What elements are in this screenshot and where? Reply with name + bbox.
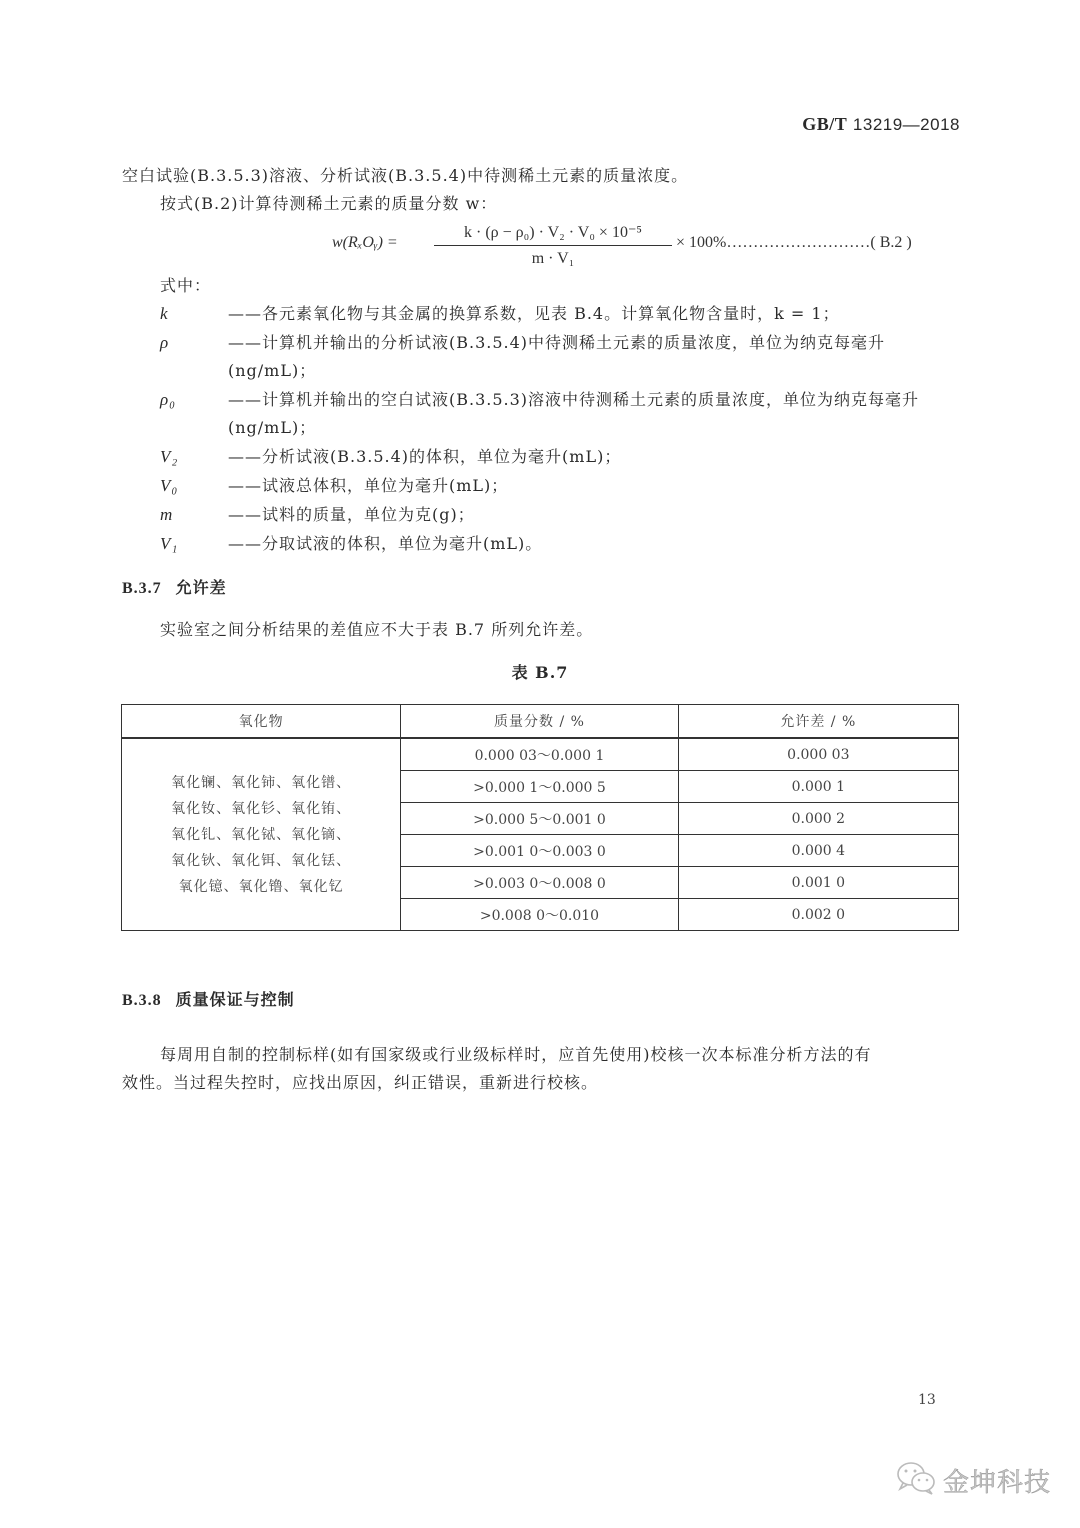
tolerance-cell: 0.000 2: [678, 803, 958, 835]
fraction-bar: [434, 245, 672, 246]
oxides-line: 氧化钬、氧化铒、氧化铥、: [122, 848, 400, 874]
wechat-icon: [895, 1460, 939, 1500]
variable-description-cont: (ng/mL)；: [228, 357, 316, 385]
section-b38-body-line-1: 每周用自制的控制标样(如有国家级或行业级标样时，应首先使用)校核一次本标准分析方…: [160, 1041, 872, 1069]
tolerance-cell: 0.000 4: [678, 835, 958, 867]
variable-description: ——试液总体积，单位为毫升(mL)；: [228, 472, 508, 500]
table-row: 氧化镧、氧化铈、氧化镨、 氧化钕、氧化钐、氧化铕、 氧化钆、氧化铽、氧化镝、 氧…: [122, 738, 959, 771]
header-tolerance: 允许差 / %: [678, 705, 958, 739]
variable-description: ——计算机并输出的空白试液(B.3.5.3)溶液中待测稀土元素的质量浓度，单位为…: [228, 386, 919, 414]
variable-symbol: V₁: [160, 530, 220, 558]
formula-fraction: k · (ρ − ρ₀) · V₂ · V₀ × 10⁻⁵ m · V₁: [434, 222, 672, 270]
variable-symbol: V₂: [160, 443, 220, 471]
page-number: 13: [918, 1392, 936, 1408]
formula-b2: w(RₓOᵧ) = k · (ρ − ρ₀) · V₂ · V₀ × 10⁻⁵ …: [332, 222, 962, 270]
section-title: 允许差: [176, 578, 227, 597]
section-b38-body-line-2: 效性。当过程失控时，应找出原因，纠正错误，重新进行校核。: [122, 1069, 598, 1097]
oxides-line: 氧化镱、氧化镥、氧化钇: [122, 874, 400, 900]
variable-description: ——分析试液(B.3.5.4)的体积，单位为毫升(mL)；: [228, 443, 621, 471]
oxides-cell: 氧化镧、氧化铈、氧化镨、 氧化钕、氧化钐、氧化铕、 氧化钆、氧化铽、氧化镝、 氧…: [122, 738, 401, 931]
formula-denominator: m · V₁: [434, 248, 672, 270]
section-title: 质量保证与控制: [176, 990, 295, 1009]
formula-multiplier: × 100%: [676, 234, 726, 251]
section-heading-b37: B.3.7允许差: [122, 575, 227, 598]
oxides-line: 氧化钕、氧化钐、氧化铕、: [122, 796, 400, 822]
table-header-row: 氧化物 质量分数 / % 允许差 / %: [122, 705, 959, 739]
mass-fraction-cell: >0.008 0～0.010: [401, 899, 678, 931]
tolerance-cell: 0.002 0: [678, 899, 958, 931]
formula-rhs: × 100%………………………( B.2 ): [676, 234, 912, 252]
watermark-text: 金坤科技: [943, 1462, 1051, 1499]
intro-line-2: 按式(B.2)计算待测稀土元素的质量分数 w：: [160, 190, 497, 218]
mass-fraction-cell: >0.003 0～0.008 0: [401, 867, 678, 899]
standard-code: GB/T 13219—2018: [760, 114, 960, 135]
intro-line-1: 空白试验(B.3.5.3)溶液、分析试液(B.3.5.4)中待测稀土元素的质量浓…: [122, 162, 688, 190]
tolerance-cell: 0.000 03: [678, 738, 958, 771]
variable-symbol: k: [160, 300, 220, 328]
section-heading-b38: B.3.8质量保证与控制: [122, 987, 295, 1010]
table-caption: 表 B.7: [0, 660, 1080, 683]
mass-fraction-cell: >0.000 1～0.000 5: [401, 771, 678, 803]
tolerance-cell: 0.000 1: [678, 771, 958, 803]
header-oxide: 氧化物: [122, 705, 401, 739]
mass-fraction-cell: 0.000 03～0.000 1: [401, 738, 678, 771]
variable-description-cont: (ng/mL)；: [228, 414, 316, 442]
where-label: 式中：: [160, 272, 211, 300]
section-number: B.3.7: [122, 580, 162, 597]
standard-number: 13219—2018: [853, 115, 960, 134]
variable-symbol: m: [160, 501, 220, 529]
header-mass-fraction: 质量分数 / %: [401, 705, 678, 739]
oxides-line: 氧化钆、氧化铽、氧化镝、: [122, 822, 400, 848]
variable-description: ——分取试液的体积，单位为毫升(mL)。: [228, 530, 542, 558]
variable-symbol: ρ: [160, 329, 220, 357]
watermark: 金坤科技: [895, 1460, 1051, 1500]
tolerance-cell: 0.001 0: [678, 867, 958, 899]
formula-lhs: w(RₓOᵧ) =: [332, 234, 398, 252]
oxides-line: 氧化镧、氧化铈、氧化镨、: [122, 770, 400, 796]
section-b37-body: 实验室之间分析结果的差值应不大于表 B.7 所列允许差。: [160, 616, 593, 644]
leader-dots: ………………………: [726, 234, 870, 251]
mass-fraction-cell: >0.001 0～0.003 0: [401, 835, 678, 867]
variable-description: ——试料的质量，单位为克(g)；: [228, 501, 475, 529]
variable-symbol: ρ₀: [160, 386, 220, 414]
equation-number: ( B.2 ): [870, 234, 911, 251]
section-number: B.3.8: [122, 992, 162, 1009]
standard-prefix: GB/T: [802, 114, 847, 134]
variable-symbol: V₀: [160, 472, 220, 500]
variable-description: ——计算机并输出的分析试液(B.3.5.4)中待测稀土元素的质量浓度，单位为纳克…: [228, 329, 885, 357]
tolerance-table: 氧化物 质量分数 / % 允许差 / % 氧化镧、氧化铈、氧化镨、 氧化钕、氧化…: [121, 704, 959, 931]
variable-description: ——各元素氧化物与其金属的换算系数，见表 B.4。计算氧化物含量时，k = 1；: [228, 300, 840, 328]
formula-numerator: k · (ρ − ρ₀) · V₂ · V₀ × 10⁻⁵: [434, 222, 672, 244]
mass-fraction-cell: >0.000 5～0.001 0: [401, 803, 678, 835]
